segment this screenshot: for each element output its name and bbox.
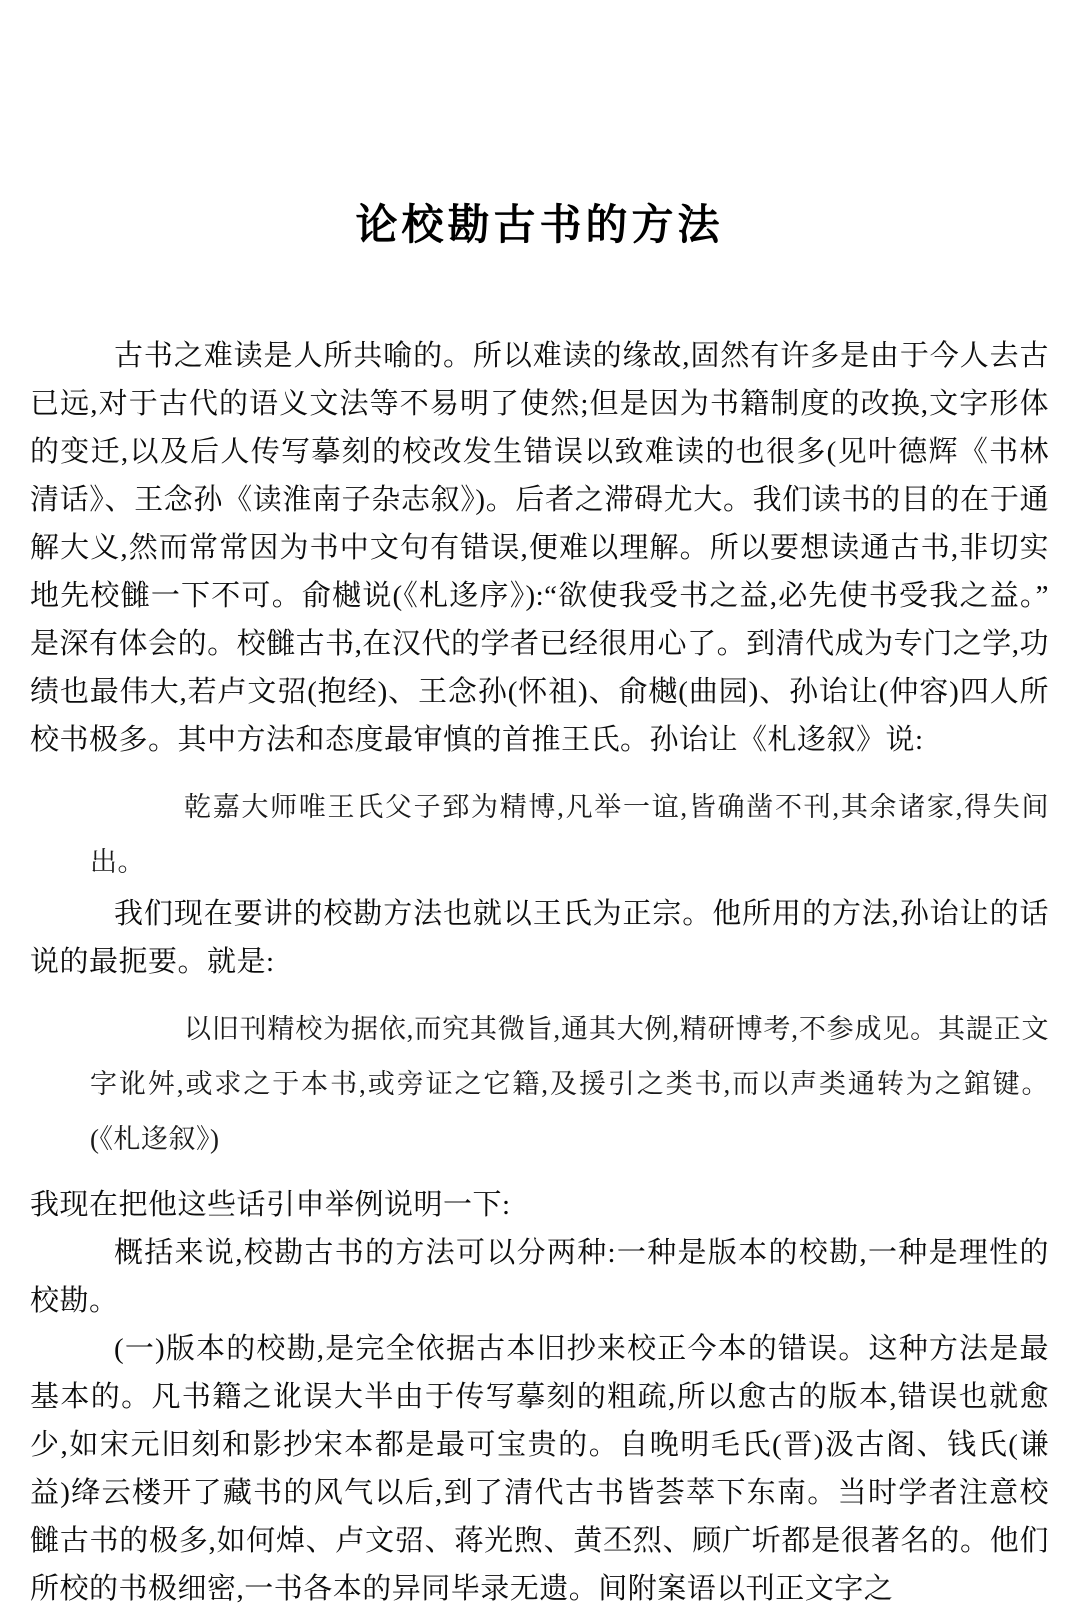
document-page: 论校勘古书的方法 古书之难读是人所共喻的。所以难读的缘故,固然有许多是由于今人去… [0,0,1079,1621]
document-title: 论校勘古书的方法 [30,200,1049,252]
paragraph-two-kinds: 概括来说,校勘古书的方法可以分两种:一种是版本的校勘,一种是理性的校勘。 [30,1229,1049,1325]
paragraph-transition: 我现在把他这些话引申举例说明一下: [30,1181,1049,1229]
paragraph-method-orthodox: 我们现在要讲的校勘方法也就以王氏为正宗。他所用的方法,孙诒让的话说的最扼要。就是… [30,890,1049,986]
document-body: 古书之难读是人所共喻的。所以难读的缘故,固然有许多是由于今人去古已远,对于古代的… [30,332,1049,1613]
paragraph-intro: 古书之难读是人所共喻的。所以难读的缘故,固然有许多是由于今人去古已远,对于古代的… [30,332,1049,764]
paragraph-edition-collation: (一)版本的校勘,是完全依据古本旧抄来校正今本的错误。这种方法是最基本的。凡书籍… [30,1325,1049,1613]
quote-block-zhayi-xu-1: 乾嘉大师唯王氏父子郅为精博,凡举一谊,皆确凿不刊,其余诸家,得失间出。 [90,780,1049,890]
quote-block-zhayi-xu-2: 以旧刊精校为据依,而究其微旨,通其大例,精研博考,不参成见。其諟正文字讹舛,或求… [90,1002,1049,1167]
